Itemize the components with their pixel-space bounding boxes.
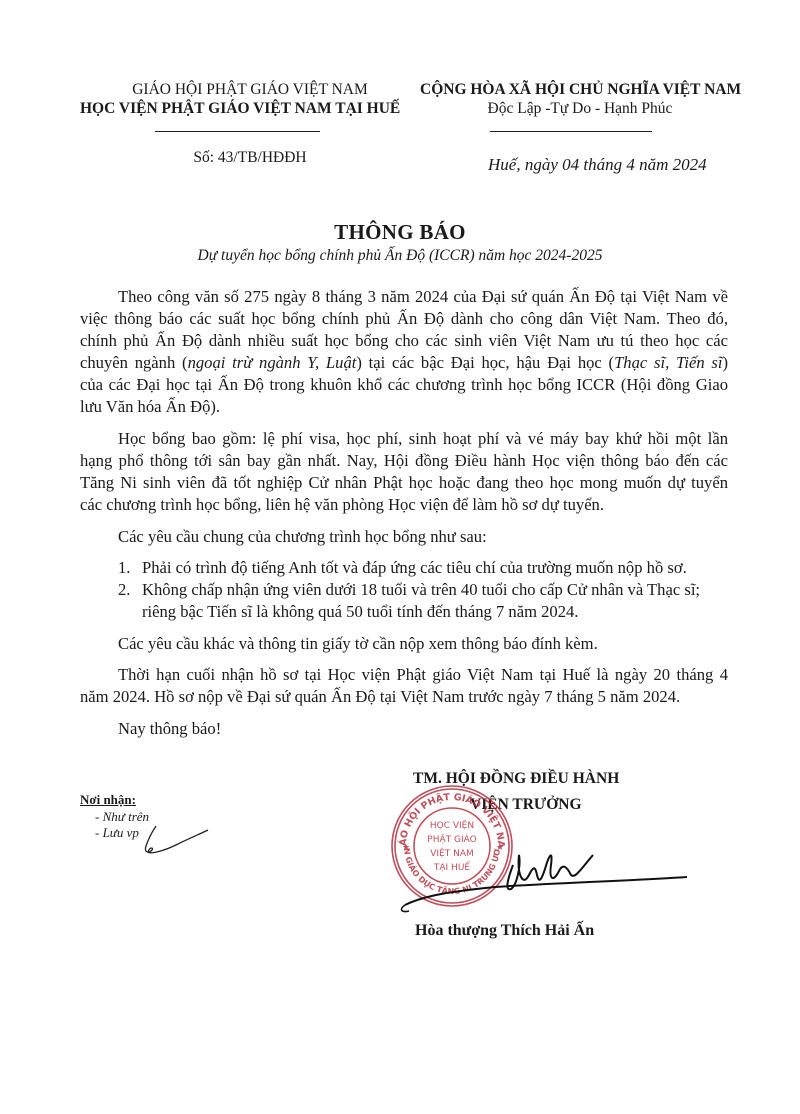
closing-remark: Nay thông báo!	[118, 718, 221, 739]
paragraph-2-line-4: các chương trình học bổng, liên hệ văn p…	[80, 494, 728, 515]
requirement-1-number: 1.	[118, 557, 130, 578]
requirements-intro: Các yêu cầu chung của chương trình học b…	[118, 526, 487, 547]
handwritten-signature-icon	[395, 825, 695, 915]
requirement-2-number: 2.	[118, 579, 130, 600]
paragraph-2-line-1: Học bổng bao gồm: lệ phí visa, học phí, …	[118, 428, 728, 449]
postgraduate-levels: Thạc sĩ, Tiến sĩ	[614, 353, 722, 372]
initials-signature-icon	[138, 822, 210, 858]
recipient-item: - Lưu vp	[95, 824, 139, 841]
requirement-2-text-cont: riêng bậc Tiến sĩ là không quá 50 tuổi t…	[142, 601, 578, 622]
other-requirements: Các yêu cầu khác và thông tin giấy tờ cầ…	[118, 633, 598, 654]
nation-title: CỘNG HÒA XÃ HỘI CHỦ NGHĨA VIỆT NAM	[420, 80, 740, 99]
place-date: Huế, ngày 04 tháng 4 năm 2024	[488, 155, 738, 174]
document-title: THÔNG BÁO	[0, 220, 800, 245]
recipients-label: Nơi nhận:	[80, 792, 136, 808]
paragraph-2-line-2: hạng phổ thông tới sân bay gần nhất. Nay…	[80, 450, 728, 471]
document-number: Số: 43/TB/HĐĐH	[100, 148, 400, 167]
paragraph-2-line-3: Tăng Ni sinh viên đã tốt nghiệp Cử nhân …	[80, 472, 728, 493]
paragraph-1-line-6: lưu Văn hóa Ấn Độ).	[80, 396, 728, 417]
requirement-1-text: Phải có trình độ tiếng Anh tốt và đáp ứn…	[142, 557, 687, 578]
document-subtitle: Dự tuyển học bổng chính phủ Ấn Độ (ICCR)…	[0, 247, 800, 265]
deadline-line-2: năm 2024. Hồ sơ nộp về Đại sứ quán Ấn Độ…	[80, 686, 728, 707]
paragraph-1-line-5: của các Đại học tại Ấn Độ trong khuôn kh…	[80, 374, 728, 395]
requirement-2-text: Không chấp nhận ứng viên dưới 18 tuổi và…	[142, 579, 700, 600]
header-right-divider	[490, 131, 652, 132]
paragraph-1-line-2: việc thông báo các suất học bổng chính p…	[80, 308, 728, 329]
paragraph-1-line-4: chuyên ngành (ngoại trừ ngành Y, Luật) t…	[80, 352, 728, 373]
text-run: chuyên ngành (	[80, 353, 188, 372]
signatory-name: Hòa thượng Thích Hải Ấn	[415, 922, 594, 940]
deadline-line-1: Thời hạn cuối nhận hồ sơ tại Học viện Ph…	[118, 664, 728, 685]
paragraph-1-line-3: chính phủ Ấn Độ dành nhiều suất học bổng…	[80, 330, 728, 351]
header-left-divider	[155, 131, 320, 132]
paragraph-1-line-1: Theo công văn số 275 ngày 8 tháng 3 năm …	[118, 286, 728, 307]
text-run: )	[722, 353, 728, 372]
org-name: HỌC VIỆN PHẬT GIÁO VIỆT NAM TẠI HUẾ	[80, 99, 400, 118]
national-motto: Độc Lập -Tự Do - Hạnh Phúc	[420, 99, 740, 118]
text-run: ) tại các bậc Đại học, hậu Đại học (	[356, 353, 614, 372]
org-parent: GIÁO HỘI PHẬT GIÁO VIỆT NAM	[100, 80, 400, 99]
excluded-majors: ngoại trừ ngành Y, Luật	[188, 353, 357, 372]
